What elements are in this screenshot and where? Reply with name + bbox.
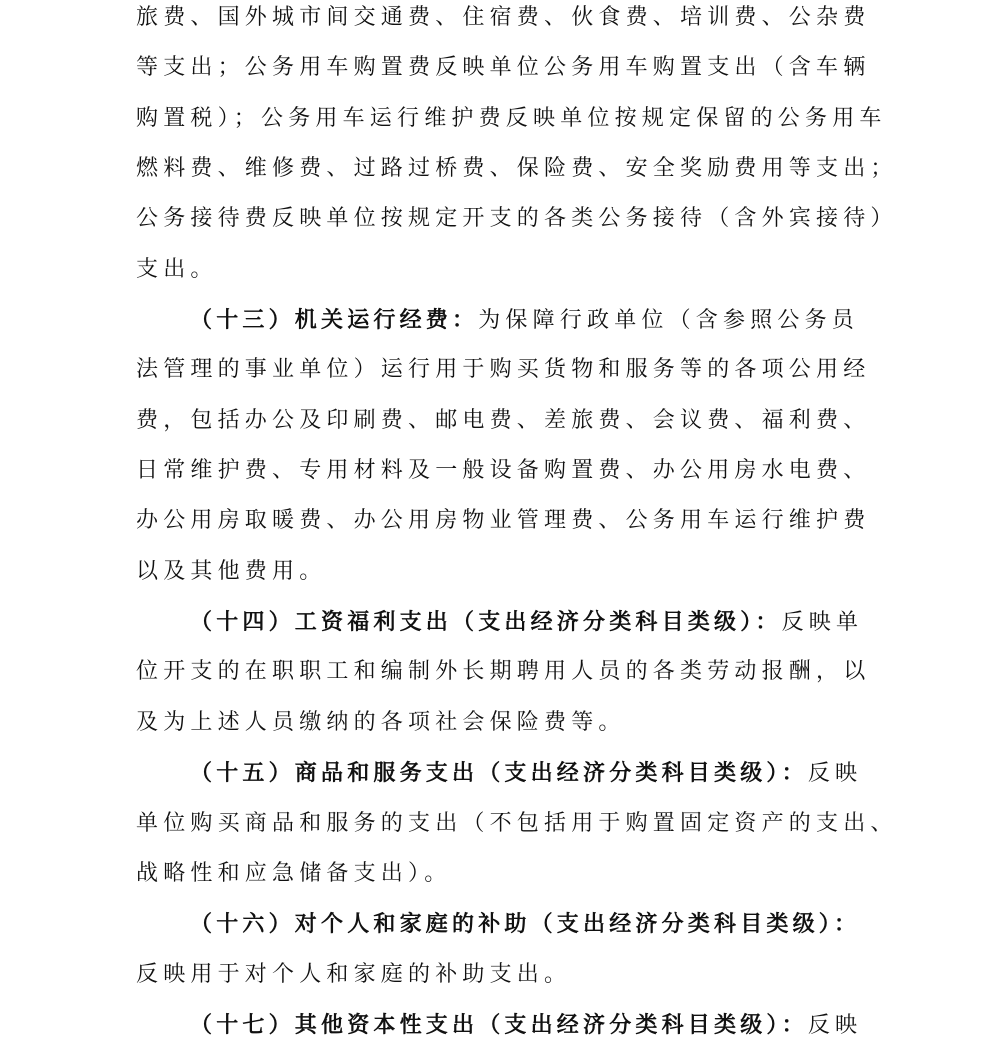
section-first-line: （十五）商品和服务支出（支出经济分类科目类级）：反映 [136, 748, 906, 798]
text-line: 单位购买商品和服务的支出（不包括用于购置固定资产的支出、 [136, 799, 906, 849]
section-text: 为保障行政单位（含参照公务员 [478, 308, 859, 333]
text-line: 燃料费、维修费、过路过桥费、保险费、安全奖励费用等支出； [136, 144, 906, 194]
section-first-line: （十四）工资福利支出（支出经济分类科目类级）：反映单 [136, 597, 906, 647]
section-15: （十五）商品和服务支出（支出经济分类科目类级）：反映 单位购买商品和服务的支出（… [136, 748, 906, 899]
section-text: 反映单 [782, 610, 864, 635]
text-line: 公务接待费反映单位按规定开支的各类公务接待（含外宾接待） [136, 194, 906, 244]
text-line: 反映用于对个人和家庭的补助支出。 [136, 950, 906, 1000]
text-line: 旅费、国外城市间交通费、住宿费、伙食费、培训费、公杂费 [136, 0, 906, 43]
section-heading: （十七）其他资本性支出（支出经济分类科目类级）： [190, 1012, 808, 1038]
section-first-line: （十三）机关运行经费：为保障行政单位（含参照公务员 [136, 295, 906, 345]
section-heading: （十三）机关运行经费： [190, 307, 478, 333]
section-first-line: （十七）其他资本性支出（支出经济分类科目类级）：反映 [136, 1000, 906, 1043]
section-13: （十三）机关运行经费：为保障行政单位（含参照公务员 法管理的事业单位）运行用于购… [136, 295, 906, 597]
section-17: （十七）其他资本性支出（支出经济分类科目类级）：反映 [136, 1000, 906, 1043]
text-line: 战略性和应急储备支出）。 [136, 849, 906, 899]
section-heading: （十四）工资福利支出（支出经济分类科目类级）： [190, 609, 782, 635]
paragraph-continuation: 旅费、国外城市间交通费、住宿费、伙食费、培训费、公杂费 等支出；公务用车购置费反… [136, 0, 906, 295]
text-line: 办公用房取暖费、办公用房物业管理费、公务用车运行维护费 [136, 496, 906, 546]
text-line: 支出。 [136, 245, 906, 295]
text-line: 日常维护费、专用材料及一般设备购置费、办公用房水电费、 [136, 446, 906, 496]
text-line: 及为上述人员缴纳的各项社会保险费等。 [136, 698, 906, 748]
text-line: 购置税）；公务用车运行维护费反映单位按规定保留的公务用车 [136, 94, 906, 144]
text-line: 位开支的在职职工和编制外长期聘用人员的各类劳动报酬，以 [136, 647, 906, 697]
section-heading: （十五）商品和服务支出（支出经济分类科目类级）： [190, 760, 808, 786]
document-page: 旅费、国外城市间交通费、住宿费、伙食费、培训费、公杂费 等支出；公务用车购置费反… [136, 0, 906, 1043]
section-14: （十四）工资福利支出（支出经济分类科目类级）：反映单 位开支的在职职工和编制外长… [136, 597, 906, 748]
text-line: 以及其他费用。 [136, 547, 906, 597]
section-16: （十六）对个人和家庭的补助（支出经济分类科目类级）： 反映用于对个人和家庭的补助… [136, 899, 906, 1000]
section-text: 反映 [808, 761, 862, 786]
section-heading: （十六）对个人和家庭的补助（支出经济分类科目类级）： [190, 911, 860, 937]
section-text: 反映 [808, 1013, 862, 1038]
text-line: 等支出；公务用车购置费反映单位公务用车购置支出（含车辆 [136, 43, 906, 93]
text-line: 费，包括办公及印刷费、邮电费、差旅费、会议费、福利费、 [136, 396, 906, 446]
text-line: 法管理的事业单位）运行用于购买货物和服务等的各项公用经 [136, 345, 906, 395]
section-first-line: （十六）对个人和家庭的补助（支出经济分类科目类级）： [136, 899, 906, 949]
